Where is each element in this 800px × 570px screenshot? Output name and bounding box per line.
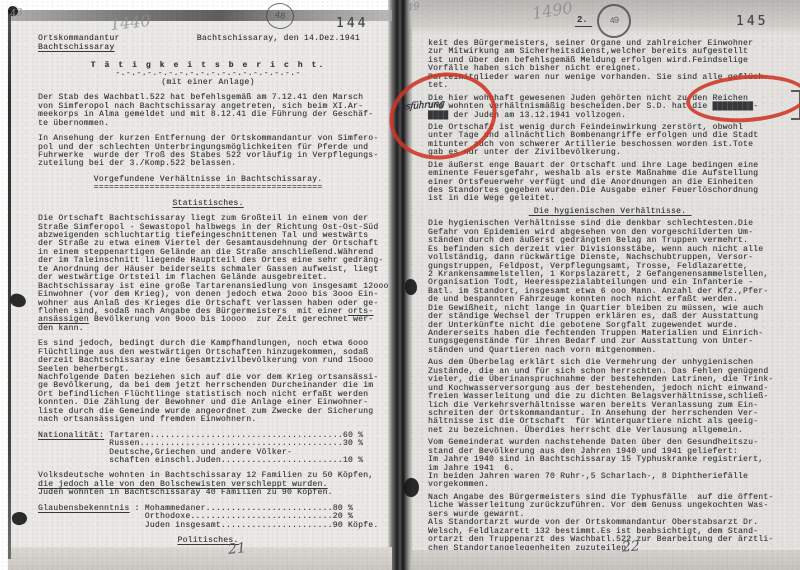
text-line: Statistisches. — [38, 200, 378, 208]
religion-table: Glaubensbekenntnis : Mohammedaner.......… — [38, 505, 378, 530]
handwritten-page-number: 22 — [621, 538, 640, 555]
text-line: net zu bezeichnen. Überdies herrscht die… — [428, 427, 792, 435]
org-name-line2: Bachtschissaray — [38, 43, 120, 52]
scanned-document: Ortskommandantur Bachtschissaray Bachtsc… — [0, 0, 800, 570]
paragraph: Volksdeutsche wohnten in Bachtschissaray… — [38, 472, 378, 497]
paragraph: Es sind jedoch, bedingt durch die Kampfh… — [38, 340, 378, 424]
text-line: ========================================… — [38, 184, 378, 192]
nationality-table: Nationalität: Tartaren..................… — [38, 432, 378, 466]
page-header: Ortskommandantur Bachtschissaray Bachtsc… — [38, 34, 378, 52]
paragraph: Die Ortschaft Bachtschissaray liegt zum … — [38, 215, 378, 333]
sheet-number: 2. — [575, 15, 592, 27]
org-name: Ortskommandantur Bachtschissaray — [38, 34, 120, 52]
page-edge-line — [8, 10, 11, 559]
text-line: den kann. — [38, 325, 378, 333]
handwritten-number: 43 — [9, 7, 23, 20]
text-line: nach ortsansässigen und fremden Einwohne… — [38, 416, 378, 424]
org-name-line1: Ortskommandantur — [38, 34, 120, 43]
section-heading: Politisches. — [38, 537, 378, 545]
paragraph: Vom Gemeinderat wurden nachstehende Date… — [428, 439, 792, 490]
text-line: (mit einer Anlage) — [38, 79, 378, 87]
handwritten-number: 49 — [406, 1, 420, 13]
section-heading: Statistisches. — [38, 200, 378, 208]
text-line: Politisches. — [38, 537, 378, 545]
scan-shadow-top — [8, 10, 392, 21]
document-page-left: Ortskommandantur Bachtschissaray Bachtsc… — [8, 10, 392, 570]
paragraph: Die äußerst enge Bauart der Ortschaft un… — [428, 162, 792, 204]
archive-page-number-144: 144 — [336, 16, 368, 31]
dateline: Bachtschissaray, den 14.Dez.1941 — [197, 34, 360, 43]
text-line: Die hygienischen Verhältnisse. — [428, 208, 792, 216]
text-line: schaften einschl.Juden..................… — [38, 457, 378, 465]
ink-blob — [405, 279, 417, 295]
page-body-left: T ä t i g k e i t s b e r i c h t.-.-.-.… — [38, 62, 378, 570]
text-line: te übernommen. — [38, 120, 378, 128]
text-line: vorgekommen. — [428, 481, 792, 489]
section-heading: Vorgefundene Verhältnisse in Bachtschiss… — [38, 176, 378, 193]
text-line: zuteilung bei der 3./Komp.522 belassen. — [38, 160, 378, 168]
paragraph: Die hygienischen Verhältnisse sind die d… — [428, 220, 792, 355]
paragraph: Der Stab des Wachbatl.522 hat befehlsgem… — [38, 94, 378, 128]
report-title: T ä t i g k e i t s b e r i c h t.-.-.-.… — [38, 62, 378, 87]
text-line: Juden wohnten in Bachtschissaray 40 Fami… — [38, 489, 378, 497]
paragraph: In Ansehung der kurzen Entfernung der Or… — [38, 135, 378, 169]
handwritten-page-number: 21 — [227, 540, 246, 558]
text-line: Juden insgesamt......................90 … — [38, 522, 378, 530]
text-line: ständen und Quartieren nach vorn mitgeno… — [428, 347, 792, 355]
scan-shadow-bottom-right — [412, 550, 800, 570]
archive-page-number-145: 145 — [736, 14, 768, 29]
text-line: ist in die Wege geleitet. — [428, 195, 792, 203]
paragraph: Nach Angabe des Bürgermeisters sind die … — [428, 494, 792, 553]
text-line: gab es nur unter der Zivilbevölkerung. — [428, 149, 792, 157]
scan-shadow-bottom-left — [8, 547, 392, 570]
section-heading: Die hygienischen Verhältnisse. — [428, 208, 792, 216]
text-line: ansässigen Bevölkerung von 9ooo bis 1ooo… — [38, 316, 378, 324]
paragraph: Aus dem Überbelag erklärt sich die Verme… — [428, 359, 792, 435]
